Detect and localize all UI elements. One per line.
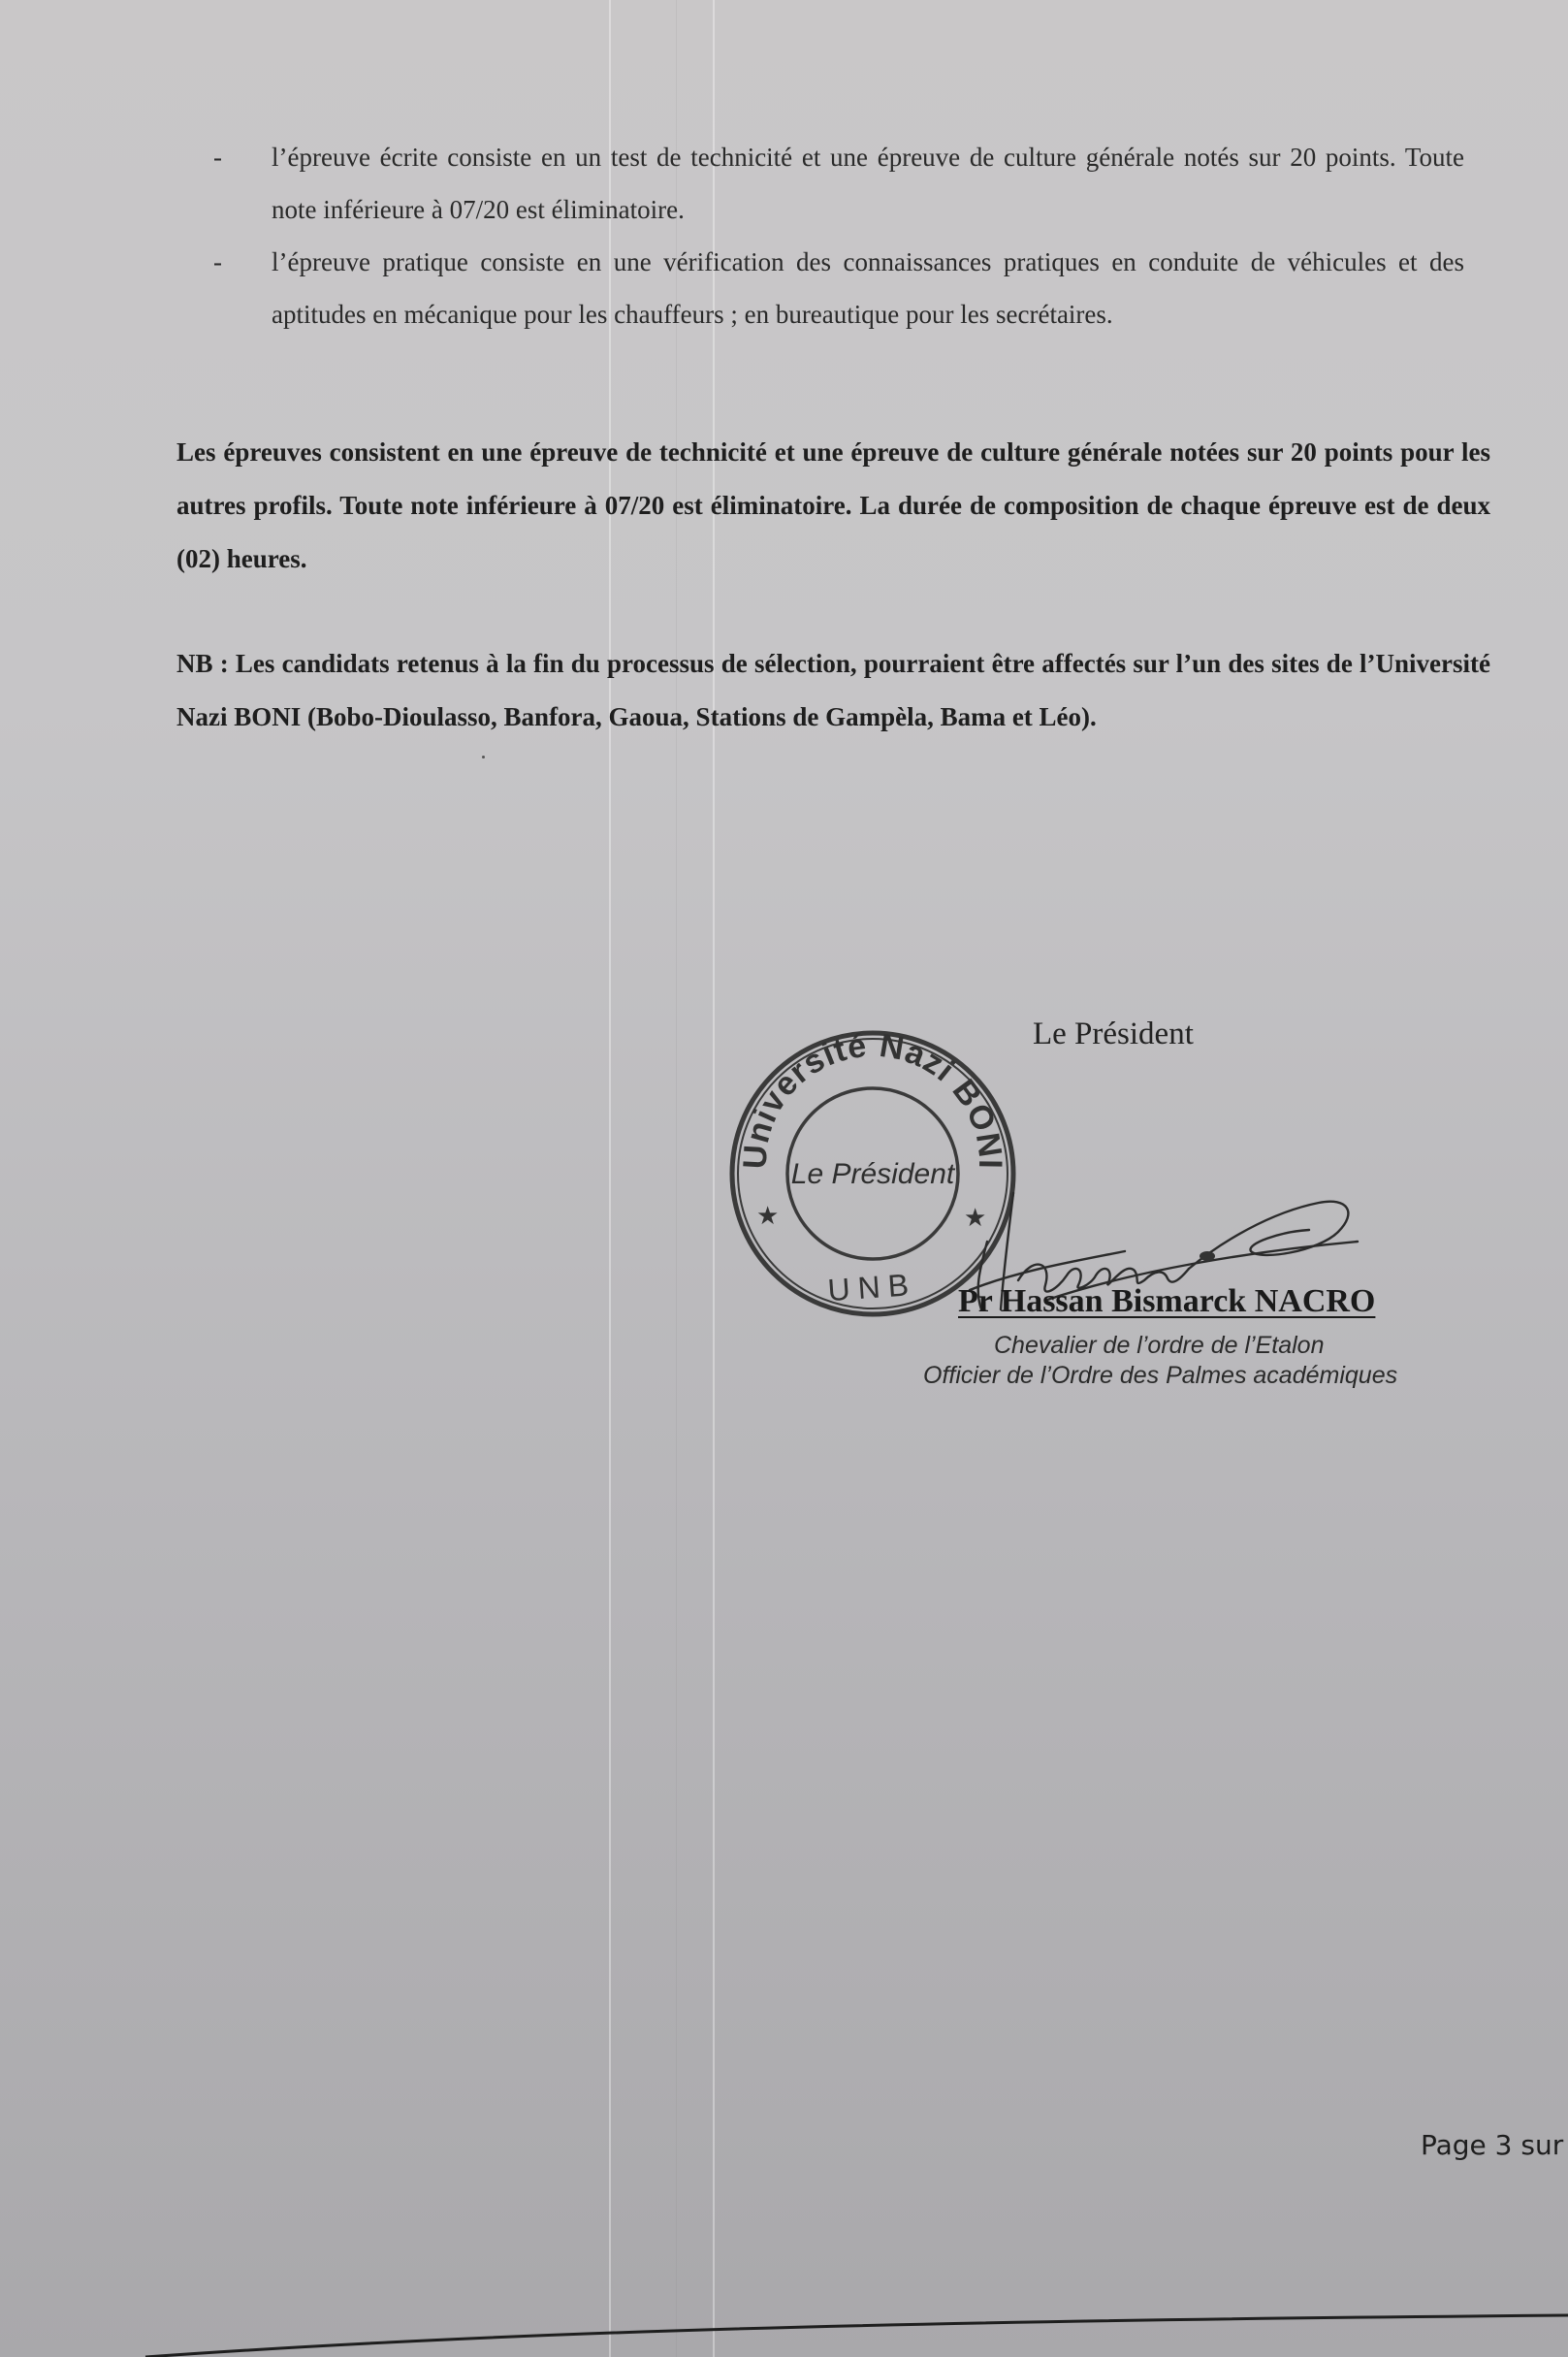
bullet-marker: - xyxy=(213,236,222,288)
signatory-distinction: Chevalier de l’ordre de l’Etalon xyxy=(994,1332,1324,1360)
bullet-text: l’épreuve écrite consiste en un test de … xyxy=(272,143,1464,224)
stamp-bottom-text: UNB xyxy=(826,1267,917,1308)
bullet-written-exam: - l’épreuve écrite consiste en un test d… xyxy=(272,131,1464,236)
signatory-distinction: Officier de l’Ordre des Palmes académiqu… xyxy=(923,1362,1397,1390)
star-icon: ★ xyxy=(756,1202,779,1230)
paper-fold-line xyxy=(676,0,677,2357)
paper-speck xyxy=(482,756,485,759)
note-paragraph: NB : Les candidats retenus à la fin du p… xyxy=(176,637,1490,744)
bullet-practical-exam: - l’épreuve pratique consiste en une vér… xyxy=(272,236,1464,340)
exam-bullet-list: - l’épreuve écrite consiste en un test d… xyxy=(272,131,1464,340)
paragraph-other-profiles: Les épreuves consistent en une épreuve d… xyxy=(176,426,1490,586)
page-number: Page 3 sur 3 xyxy=(1421,2129,1568,2161)
signatory-name: Pr Hassan Bismarck NACRO xyxy=(958,1283,1375,1320)
paper-fold-line xyxy=(609,0,611,2357)
stamp-outer-text: Université Nazi BONI xyxy=(737,1027,1009,1170)
paper-fold-line xyxy=(713,0,715,2357)
signatory-role-title: Le Président xyxy=(1033,1017,1194,1052)
bullet-text: l’épreuve pratique consiste en une vérif… xyxy=(272,247,1464,329)
svg-text:Université Nazi BONI: Université Nazi BONI xyxy=(737,1027,1009,1170)
signature-block: Le Président Université Nazi BONI Le Pré… xyxy=(718,1009,1493,1416)
bullet-marker: - xyxy=(213,131,222,183)
stamp-center-text: Le Président xyxy=(791,1158,956,1190)
